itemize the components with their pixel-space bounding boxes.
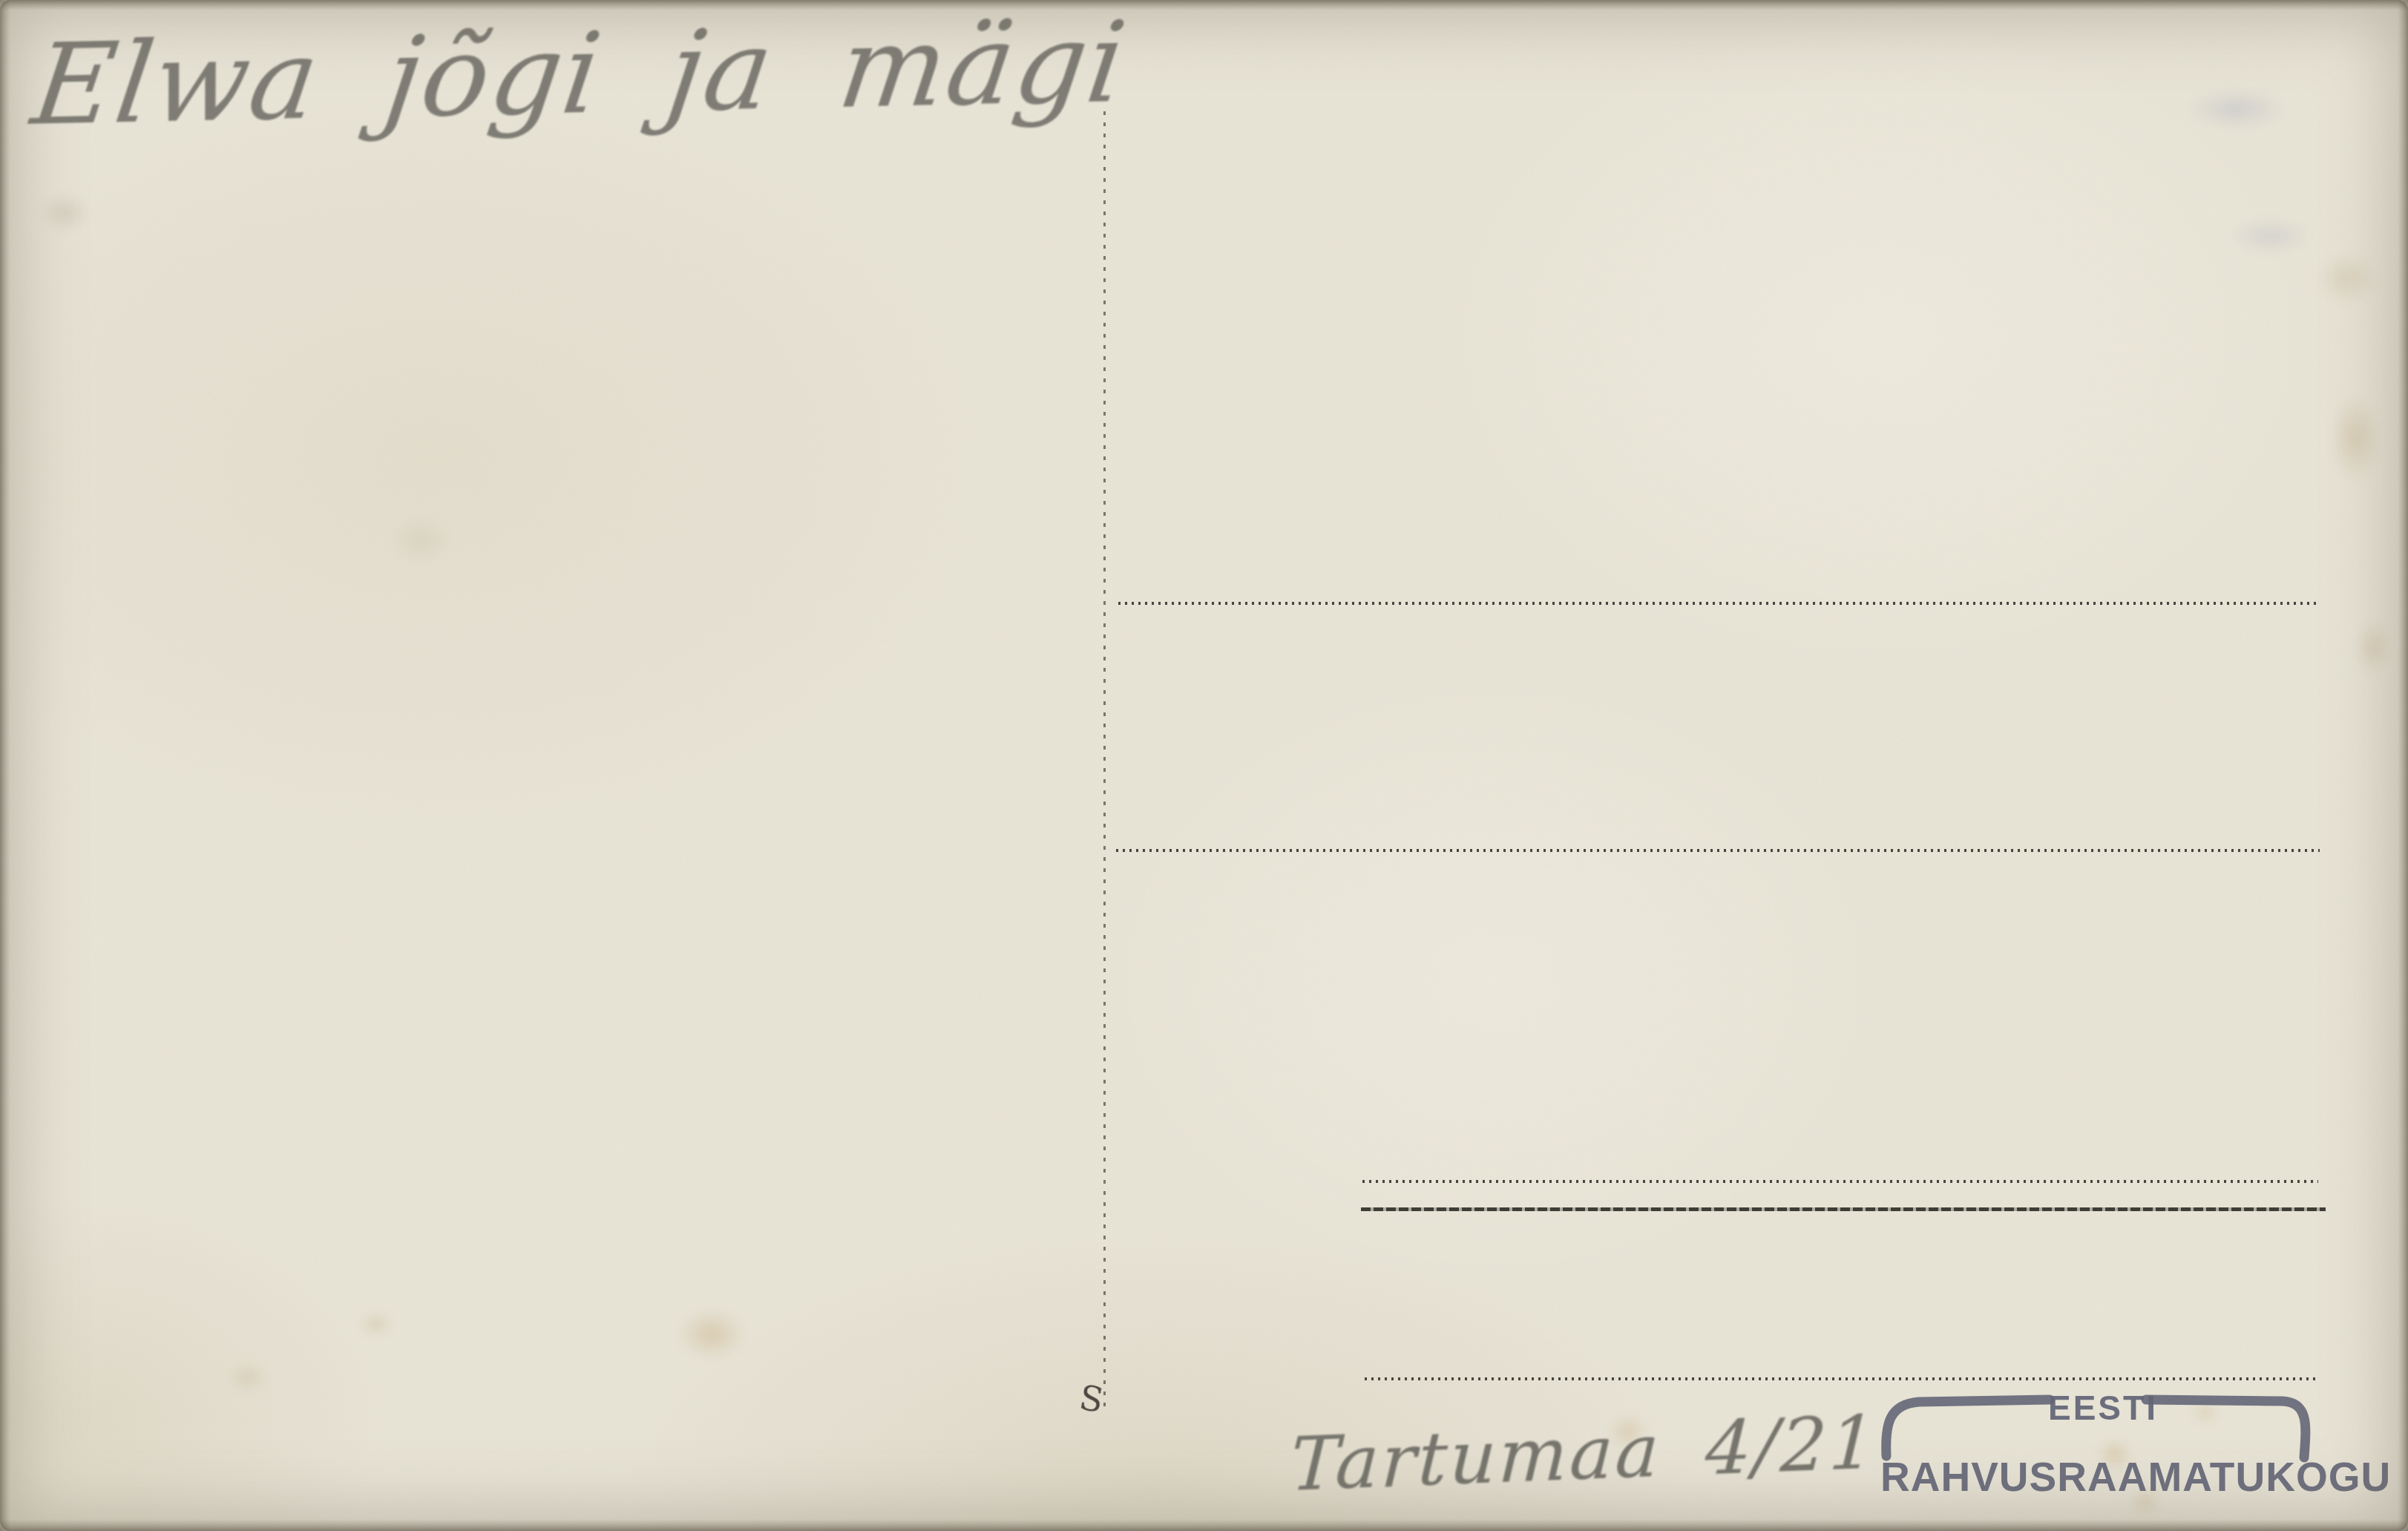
scan-vignette: [0, 0, 2408, 1531]
postcard-back: S Elwa jõgi ja mägi Tartumaa 4/21 EESTI …: [0, 0, 2408, 1531]
